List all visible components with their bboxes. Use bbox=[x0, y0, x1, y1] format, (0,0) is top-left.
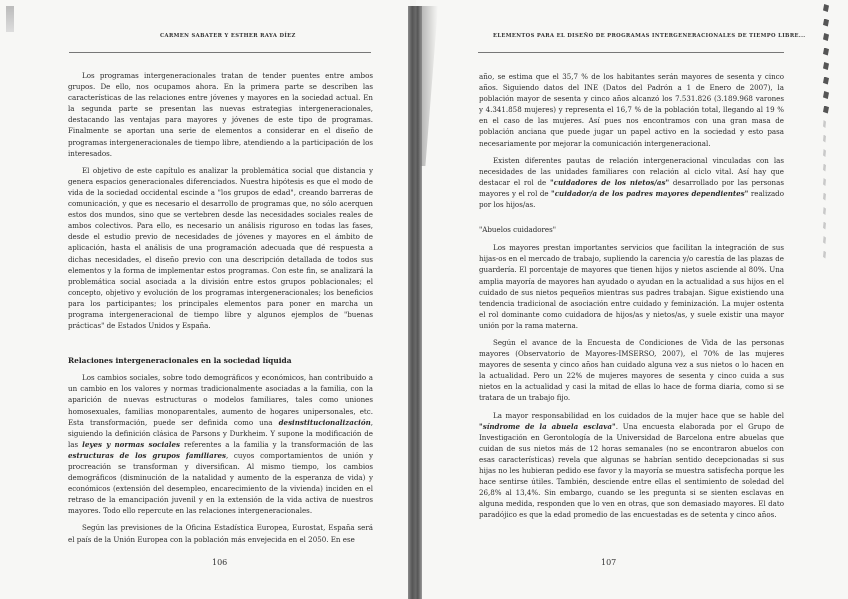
page-number-left: 106 bbox=[212, 558, 227, 567]
running-head-right: Elementos para el diseño de programas in… bbox=[493, 33, 806, 39]
paragraph: Los cambios sociales, sobre todo demográ… bbox=[68, 372, 373, 516]
binding-marks bbox=[820, 4, 834, 304]
emphasis: desinstitucionalización bbox=[279, 418, 371, 427]
emphasis: estructuras de los grupos familiares bbox=[68, 451, 226, 460]
emphasis: "síndrome de la abuela esclava" bbox=[479, 422, 616, 431]
paragraph: Existen diferentes pautas de relación in… bbox=[479, 155, 784, 210]
emphasis: leyes y normas sociales bbox=[82, 440, 180, 449]
section-heading: Relaciones intergeneracionales en la soc… bbox=[68, 355, 373, 366]
left-page: Carmen Sabater y Esther Raya Díez Los pr… bbox=[0, 0, 410, 599]
paragraph: La mayor responsabilidad en los cuidados… bbox=[479, 410, 784, 521]
page-number-right: 107 bbox=[601, 558, 616, 567]
emphasis: "cuidadores de los nietos/as" bbox=[550, 178, 669, 187]
book-gutter bbox=[408, 6, 422, 599]
header-rule bbox=[478, 52, 784, 53]
subheading: "Abuelos cuidadores" bbox=[479, 224, 784, 235]
paragraph: Los mayores prestan importantes servicio… bbox=[479, 242, 784, 331]
book-spread: Carmen Sabater y Esther Raya Díez Los pr… bbox=[0, 0, 848, 599]
right-page: Elementos para el diseño de programas in… bbox=[416, 0, 848, 599]
running-head-left: Carmen Sabater y Esther Raya Díez bbox=[160, 33, 296, 39]
right-page-body: año, se estima que el 35,7 % de los habi… bbox=[479, 71, 784, 526]
emphasis: "cuidador/a de los padres mayores depend… bbox=[551, 189, 748, 198]
paragraph: año, se estima que el 35,7 % de los habi… bbox=[479, 71, 784, 149]
header-rule bbox=[69, 52, 371, 53]
paragraph: Los programas intergeneracionales tratan… bbox=[68, 70, 373, 159]
paragraph: Según las previsiones de la Oficina Esta… bbox=[68, 522, 373, 544]
left-page-body: Los programas intergeneracionales tratan… bbox=[68, 70, 373, 551]
scan-artifact bbox=[6, 6, 14, 32]
paragraph: El objetivo de este capítulo es analizar… bbox=[68, 165, 373, 331]
paragraph: Según el avance de la Encuesta de Condic… bbox=[479, 337, 784, 404]
